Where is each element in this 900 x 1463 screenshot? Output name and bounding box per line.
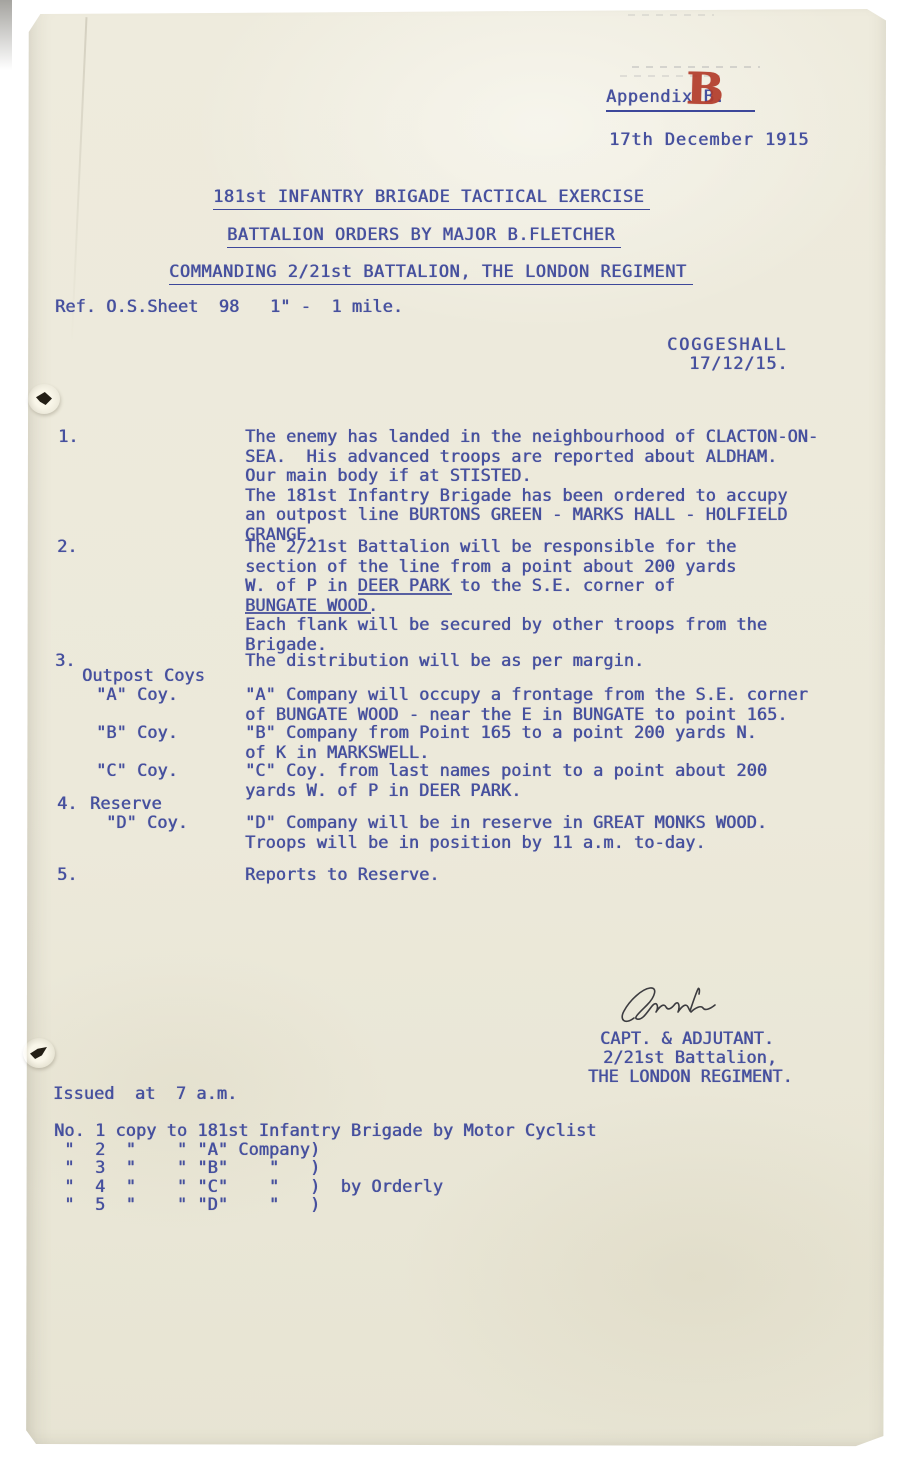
margin-label-d-coy: "D" Coy. [106, 814, 188, 834]
underline-deer-park [358, 593, 452, 595]
distribution-line: No. 1 copy to 181st Infantry Brigade by … [54, 1122, 596, 1142]
title-text: 181st INFANTRY BRIGADE TACTICAL EXERCISE [213, 187, 650, 210]
body-line: "B" Company from Point 165 to a point 20… [245, 724, 757, 744]
body-line: The distribution will be as per margin. [245, 652, 644, 672]
photo-edge-sliver [0, 0, 12, 70]
red-stamp-letter: B [685, 68, 723, 113]
location-heading: COGGESHALL [667, 336, 787, 356]
erased-smudge-mark [628, 14, 714, 16]
title-line-1: 181st INFANTRY BRIGADE TACTICAL EXERCISE [213, 188, 650, 208]
appendix-label: Appendix B. [606, 88, 755, 112]
body-line: The 181st Infantry Brigade has been orde… [245, 487, 787, 507]
location-date: 17/12/15. [689, 355, 788, 375]
body-line: "C" Coy. from last names point to a poin… [245, 762, 767, 782]
distribution-line: " 5 " " "D" " ) [54, 1196, 320, 1216]
body-line: The 2/21st Battalion will be responsible… [245, 538, 736, 558]
margin-label-reserve: Reserve [90, 795, 162, 815]
margin-heading-outpost-coys: Outpost Coys [82, 667, 205, 687]
body-line: SEA. His advanced troops are reported ab… [245, 448, 777, 468]
item-number-5: 5. [57, 866, 77, 886]
body-line: yards W. of P in DEER PARK. [245, 782, 521, 802]
punch-hole-tear [23, 1038, 55, 1068]
item-number-1: 1. [58, 428, 78, 448]
title-text: BATTALION ORDERS BY MAJOR B.FLETCHER [227, 225, 621, 248]
map-reference-line: Ref. O.S.Sheet 98 1" - 1 mile. [55, 298, 403, 318]
item-number-4: 4. [57, 795, 77, 815]
signature-regiment: THE LONDON REGIMENT. [588, 1068, 793, 1088]
body-line: The enemy has landed in the neighbourhoo… [245, 428, 818, 448]
title-text: COMMANDING 2/21st BATTALION, THE LONDON … [169, 262, 693, 285]
body-line: Our main body if at STISTED. [245, 467, 532, 487]
handwritten-signature [612, 978, 742, 1033]
body-line: Each flank will be secured by other troo… [245, 616, 767, 636]
date-line: 17th December 1915 [609, 131, 809, 151]
title-line-3: COMMANDING 2/21st BATTALION, THE LONDON … [169, 263, 693, 283]
title-line-2: BATTALION ORDERS BY MAJOR B.FLETCHER [227, 226, 621, 246]
body-line: Troops will be in position by 11 a.m. to… [245, 834, 706, 854]
punch-hole-tear [28, 384, 60, 414]
underline-bungate-wood [245, 612, 371, 614]
body-line: "A" Company will occupy a frontage from … [245, 686, 808, 706]
margin-label-a-coy: "A" Coy. [96, 686, 178, 706]
body-line: an outpost line BURTONS GREEN - MARKS HA… [245, 506, 787, 526]
signature-unit: 2/21st Battalion, [603, 1049, 777, 1069]
body-line: Reports to Reserve. [245, 866, 439, 886]
margin-label-b-coy: "B" Coy. [96, 724, 178, 744]
distribution-line: " 3 " " "B" " ) [54, 1159, 320, 1179]
body-line: W. of P in DEER PARK to the S.E. corner … [245, 577, 675, 597]
item-number-2: 2. [57, 538, 77, 558]
item-number-3: 3. [55, 652, 75, 672]
body-line: "D" Company will be in reserve in GREAT … [245, 814, 767, 834]
signature-capacity: CAPT. & ADJUTANT. [600, 1030, 774, 1050]
issued-time-line: Issued at 7 a.m. [53, 1085, 237, 1105]
body-line: section of the line from a point about 2… [245, 558, 736, 578]
margin-label-c-coy: "C" Coy. [96, 762, 178, 782]
